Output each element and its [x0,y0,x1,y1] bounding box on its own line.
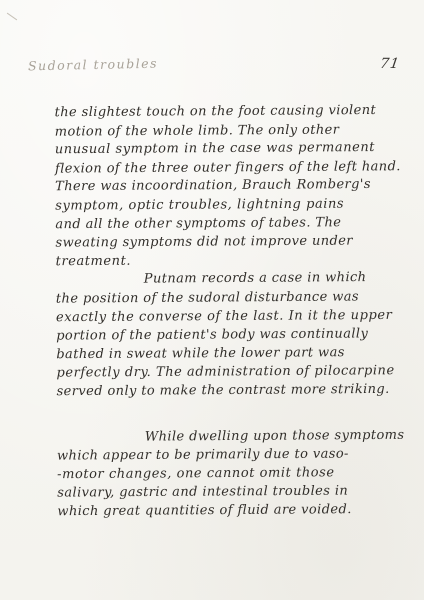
text-line: exactly the converse of the last. In it … [56,306,400,327]
text-line: which great quantities of fluid are void… [57,501,401,522]
text-line: bathed in sweat while the lower part was [56,344,400,365]
handwritten-body: the slightest touch on the foot causing … [55,102,402,522]
text-line: which appear to be primarily due to vaso… [57,445,401,466]
text-line: unusual symptom in the case was permanen… [55,139,399,160]
text-line: and all the other symptoms of tabes. The [55,213,399,234]
paragraph-1: the slightest touch on the foot causing … [55,102,400,272]
page-number: 71 [379,56,401,72]
text-line: flexion of the three outer fingers of th… [55,158,399,179]
text-line: sweating symptoms did not improve under [55,232,399,253]
manuscript-page: Sudoral troubles 71 the slightest touch … [0,0,424,600]
text-line: While dwelling upon those symptoms [57,426,401,447]
text-line: There was incoordination, Brauch Romberg… [55,176,399,197]
text-line: the position of the sudoral disturbance … [56,288,400,309]
text-line: the slightest touch on the foot causing … [55,102,399,123]
text-line: symptom, optic troubles, lightning pains [55,195,399,216]
text-line: portion of the patient's body was contin… [56,325,400,346]
text-line: -motor changes, one cannot omit those [57,463,401,484]
running-title: Sudoral troubles [28,56,158,74]
text-line: perfectly dry. The administration of pil… [56,363,400,384]
text-line: Putnam records a case in which [56,269,400,290]
paragraph-3: While dwelling upon those symptoms which… [57,426,402,521]
text-line: treatment. [56,251,400,272]
text-line: motion of the whole limb. The only other [55,121,399,142]
paragraph-2: Putnam records a case in which the posit… [56,269,401,402]
scan-corner-mark [7,13,17,21]
text-line: served only to make the contrast more st… [56,381,400,402]
text-line: salivary, gastric and intestinal trouble… [57,482,401,503]
